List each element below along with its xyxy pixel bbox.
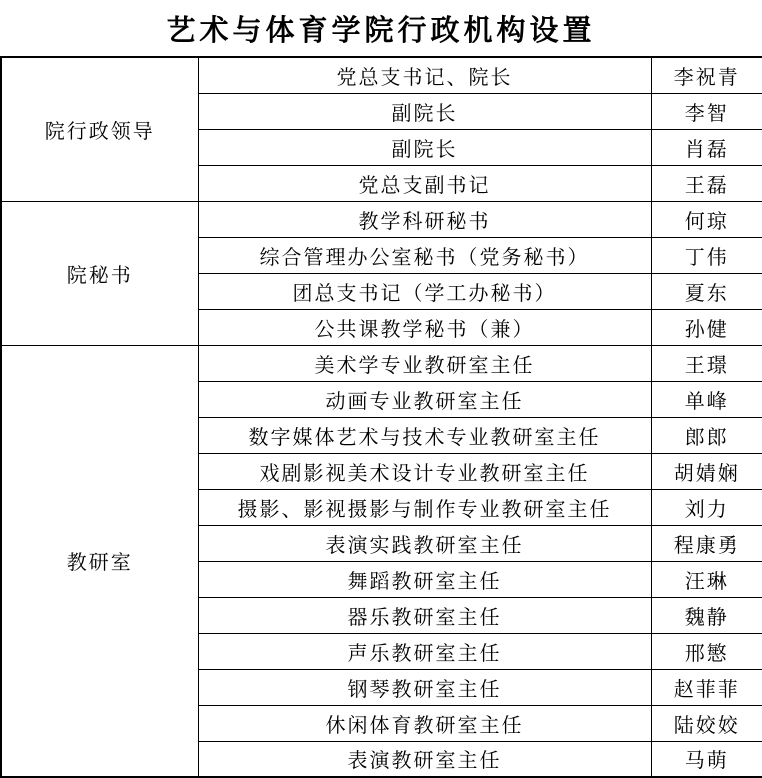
person-name-cell: 李智 xyxy=(651,93,762,129)
person-name-cell: 何琼 xyxy=(651,201,762,237)
position-cell: 党总支书记、院长 xyxy=(198,57,651,93)
person-name-cell: 马萌 xyxy=(651,741,762,777)
table-row: 教研室美术学专业教研室主任王璟 xyxy=(1,345,762,381)
position-cell: 团总支书记（学工办秘书） xyxy=(198,273,651,309)
org-table-body: 院行政领导党总支书记、院长李祝青副院长李智副院长肖磊党总支副书记王磊院秘书教学科… xyxy=(1,57,762,777)
position-cell: 美术学专业教研室主任 xyxy=(198,345,651,381)
person-name-cell: 魏静 xyxy=(651,597,762,633)
person-name-cell: 王璟 xyxy=(651,345,762,381)
position-cell: 动画专业教研室主任 xyxy=(198,381,651,417)
person-name-cell: 王磊 xyxy=(651,165,762,201)
position-cell: 表演教研室主任 xyxy=(198,741,651,777)
group-label-cell: 院秘书 xyxy=(1,201,198,345)
document-page: 艺术与体育学院行政机构设置 院行政领导党总支书记、院长李祝青副院长李智副院长肖磊… xyxy=(0,0,762,778)
person-name-cell: 单峰 xyxy=(651,381,762,417)
position-cell: 党总支副书记 xyxy=(198,165,651,201)
person-name-cell: 赵菲菲 xyxy=(651,669,762,705)
person-name-cell: 程康勇 xyxy=(651,525,762,561)
org-structure-table: 院行政领导党总支书记、院长李祝青副院长李智副院长肖磊党总支副书记王磊院秘书教学科… xyxy=(0,56,762,778)
position-cell: 表演实践教研室主任 xyxy=(198,525,651,561)
position-cell: 舞蹈教研室主任 xyxy=(198,561,651,597)
person-name-cell: 夏东 xyxy=(651,273,762,309)
position-cell: 戏剧影视美术设计专业教研室主任 xyxy=(198,453,651,489)
person-name-cell: 胡婧娴 xyxy=(651,453,762,489)
person-name-cell: 刘力 xyxy=(651,489,762,525)
position-cell: 钢琴教研室主任 xyxy=(198,669,651,705)
person-name-cell: 肖磊 xyxy=(651,129,762,165)
group-label-cell: 教研室 xyxy=(1,345,198,777)
person-name-cell: 孙健 xyxy=(651,309,762,345)
person-name-cell: 李祝青 xyxy=(651,57,762,93)
person-name-cell: 丁伟 xyxy=(651,237,762,273)
table-row: 院秘书教学科研秘书何琼 xyxy=(1,201,762,237)
person-name-cell: 邢慜 xyxy=(651,633,762,669)
table-row: 院行政领导党总支书记、院长李祝青 xyxy=(1,57,762,93)
position-cell: 声乐教研室主任 xyxy=(198,633,651,669)
group-label-cell: 院行政领导 xyxy=(1,57,198,201)
position-cell: 摄影、影视摄影与制作专业教研室主任 xyxy=(198,489,651,525)
person-name-cell: 郎郎 xyxy=(651,417,762,453)
position-cell: 副院长 xyxy=(198,93,651,129)
position-cell: 副院长 xyxy=(198,129,651,165)
page-title: 艺术与体育学院行政机构设置 xyxy=(0,0,762,56)
position-cell: 综合管理办公室秘书（党务秘书） xyxy=(198,237,651,273)
position-cell: 休闲体育教研室主任 xyxy=(198,705,651,741)
person-name-cell: 陆姣姣 xyxy=(651,705,762,741)
position-cell: 公共课教学秘书（兼） xyxy=(198,309,651,345)
position-cell: 数字媒体艺术与技术专业教研室主任 xyxy=(198,417,651,453)
position-cell: 器乐教研室主任 xyxy=(198,597,651,633)
person-name-cell: 汪琳 xyxy=(651,561,762,597)
position-cell: 教学科研秘书 xyxy=(198,201,651,237)
